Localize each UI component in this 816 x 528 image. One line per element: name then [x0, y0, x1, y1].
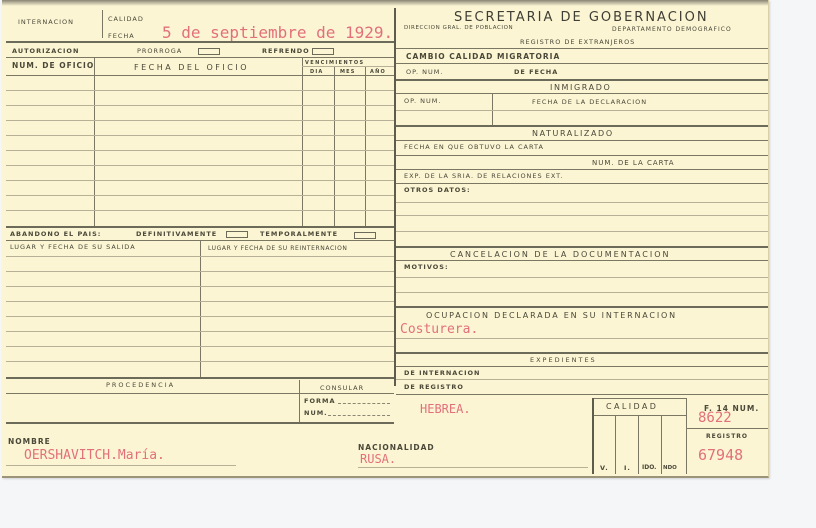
- divider: [302, 66, 394, 67]
- num-carta-label: NUM. DE LA CARTA: [592, 159, 675, 167]
- divider: [200, 240, 201, 377]
- abandono-label: ABANDONO EL PAIS:: [10, 230, 101, 238]
- calidad-label: CALIDAD: [108, 15, 144, 23]
- op-num-label: OP. NUM.: [406, 68, 443, 76]
- divider: [594, 398, 686, 399]
- divider: [661, 415, 662, 474]
- calidad-header: CALIDAD: [606, 402, 658, 411]
- divider: [615, 415, 616, 474]
- row-line: [6, 180, 394, 181]
- temporalmente-label: TEMPORALMENTE: [260, 230, 338, 238]
- divider: [686, 428, 768, 429]
- fecha-carta-label: FECHA EN QUE OBTUVO LA CARTA: [404, 143, 544, 151]
- center-divider: [394, 8, 396, 386]
- row-line: [6, 165, 394, 166]
- row-line: [6, 301, 394, 302]
- row-line: [6, 195, 394, 196]
- departamento-label: DEPARTAMENTO DEMOGRAFICO: [612, 26, 732, 33]
- row-line: [6, 135, 394, 136]
- expedientes-header: EXPEDIENTES: [530, 356, 597, 364]
- ocupacion-value: Costurera.: [400, 322, 478, 337]
- divider: [594, 415, 686, 416]
- divider: [396, 93, 768, 94]
- divider: [638, 415, 639, 474]
- divider: [396, 125, 768, 127]
- naturalizado-header: NATURALIZADO: [532, 129, 614, 138]
- prorroga-checkbox[interactable]: [198, 48, 220, 55]
- cancelacion-header: CANCELACION DE LA DOCUMENTACION: [450, 250, 671, 259]
- divider: [299, 380, 300, 423]
- registro-value: 67948: [698, 446, 743, 464]
- row-line: [6, 316, 394, 317]
- lugar-salida-header: LUGAR Y FECHA DE SU SALIDA: [10, 243, 136, 251]
- ministry-title: SECRETARIA DE GOBERNACION: [454, 10, 709, 25]
- divider: [396, 246, 768, 248]
- divider: [6, 422, 394, 424]
- nacionalidad-label: NACIONALIDAD: [358, 443, 435, 452]
- registration-card: INTERNACION CALIDAD FECHA 5 de septiembr…: [2, 0, 769, 478]
- divider: [6, 57, 396, 58]
- row-line: [396, 277, 768, 278]
- nacionalidad-value: RUSA.: [360, 452, 396, 466]
- divider: [94, 57, 95, 227]
- row-line: [6, 271, 394, 272]
- consular-label: CONSULAR: [320, 384, 364, 392]
- calidad-col-ndo: NDO: [663, 465, 677, 471]
- divider: [396, 306, 768, 308]
- row-line: [396, 292, 768, 293]
- inmigrado-header: INMIGRADO: [550, 83, 611, 92]
- fecha-label: FECHA: [108, 32, 135, 40]
- divider: [396, 366, 768, 367]
- divider: [396, 48, 768, 49]
- ocupacion-header: OCUPACION DECLARADA EN SU INTERNACION: [426, 311, 677, 320]
- de-fecha-label: DE FECHA: [514, 68, 558, 76]
- row-line: [396, 202, 768, 203]
- divider: [302, 57, 303, 227]
- f14-value: 8622: [698, 410, 732, 426]
- registro-extranjeros-label: REGISTRO DE EXTRANJEROS: [520, 38, 635, 46]
- autorizacion-label: AUTORIZACION: [12, 47, 79, 55]
- cambio-calidad-header: CAMBIO CALIDAD MIGRATORIA: [406, 52, 560, 61]
- divider: [396, 169, 768, 170]
- fecha-oficio-header: FECHA DEL OFICIO: [134, 63, 249, 72]
- row-line: [6, 256, 394, 257]
- row-line: [396, 338, 768, 339]
- forma-field[interactable]: [338, 403, 390, 404]
- divider: [396, 352, 768, 354]
- divider: [6, 41, 396, 43]
- divider: [686, 398, 687, 474]
- temporalmente-checkbox[interactable]: [354, 232, 376, 239]
- row-line: [396, 215, 768, 216]
- religion-value: HEBREA.: [420, 402, 471, 416]
- row-line: [396, 379, 768, 380]
- divider: [396, 140, 768, 141]
- internacion-label: INTERNACION: [18, 18, 74, 26]
- prorroga-label: PRORROGA: [137, 47, 182, 55]
- row-line: [396, 110, 768, 111]
- op-num-label-2: OP. NUM.: [404, 97, 441, 105]
- row-line: [6, 286, 394, 287]
- de-registro-label: DE REGISTRO: [404, 383, 464, 391]
- otros-datos-label: OTROS DATOS:: [404, 186, 471, 194]
- divider: [396, 183, 768, 184]
- forma-label: FORMA: [304, 397, 335, 405]
- row-line: [6, 105, 394, 106]
- direccion-label: DIRECCION GRAL. DE POBLACION: [404, 25, 513, 31]
- nombre-label: NOMBRE: [8, 437, 51, 446]
- exp-sria-label: EXP. DE LA SRIA. DE RELACIONES EXT.: [404, 172, 563, 180]
- divider: [396, 79, 768, 81]
- row-line: [6, 331, 394, 332]
- divider: [6, 377, 394, 379]
- divider: [396, 63, 768, 64]
- calidad-col-v: V.: [600, 464, 609, 472]
- row-line: [6, 150, 394, 151]
- num-field[interactable]: [328, 415, 390, 416]
- calidad-border: [592, 398, 594, 474]
- divider: [492, 93, 493, 125]
- de-internacion-label: DE INTERNACION: [404, 369, 480, 377]
- registro-label: REGISTRO: [706, 433, 748, 440]
- nombre-value: OERSHAVITCH.María.: [24, 448, 165, 463]
- row-line: [6, 90, 394, 91]
- row-line: [6, 465, 236, 466]
- definitivamente-checkbox[interactable]: [226, 231, 248, 238]
- divider: [6, 226, 394, 228]
- row-line: [6, 120, 394, 121]
- fecha-declaracion-label: FECHA DE LA DECLARACION: [532, 98, 647, 106]
- divider: [396, 260, 768, 261]
- divider: [6, 75, 394, 76]
- row-line: [358, 467, 588, 468]
- refrendo-label: REFRENDO: [262, 47, 310, 55]
- lugar-reinternacion-header: LUGAR Y FECHA DE SU REINTERNACION: [208, 245, 348, 252]
- divider: [6, 393, 394, 394]
- divider: [396, 394, 768, 395]
- procedencia-header: PROCEDENCIA: [106, 381, 175, 389]
- calidad-col-i: I.: [624, 464, 631, 472]
- row-line: [6, 361, 394, 362]
- row-line: [396, 231, 768, 232]
- refrendo-checkbox[interactable]: [312, 48, 334, 55]
- num-oficio-header: NUM. DE OFICIO: [12, 61, 94, 70]
- num-label: NUM.: [304, 409, 328, 417]
- divider: [102, 10, 103, 38]
- row-line: [6, 210, 394, 211]
- definitivamente-label: DEFINITIVAMENTE: [136, 230, 217, 238]
- row-line: [6, 346, 394, 347]
- motivos-label: MOTIVOS:: [404, 263, 449, 271]
- fecha-value: 5 de septiembre de 1929.: [162, 23, 393, 42]
- calidad-col-ido: IDO.: [642, 464, 656, 471]
- divider: [396, 155, 768, 156]
- card-top-shadow: [2, 0, 768, 6]
